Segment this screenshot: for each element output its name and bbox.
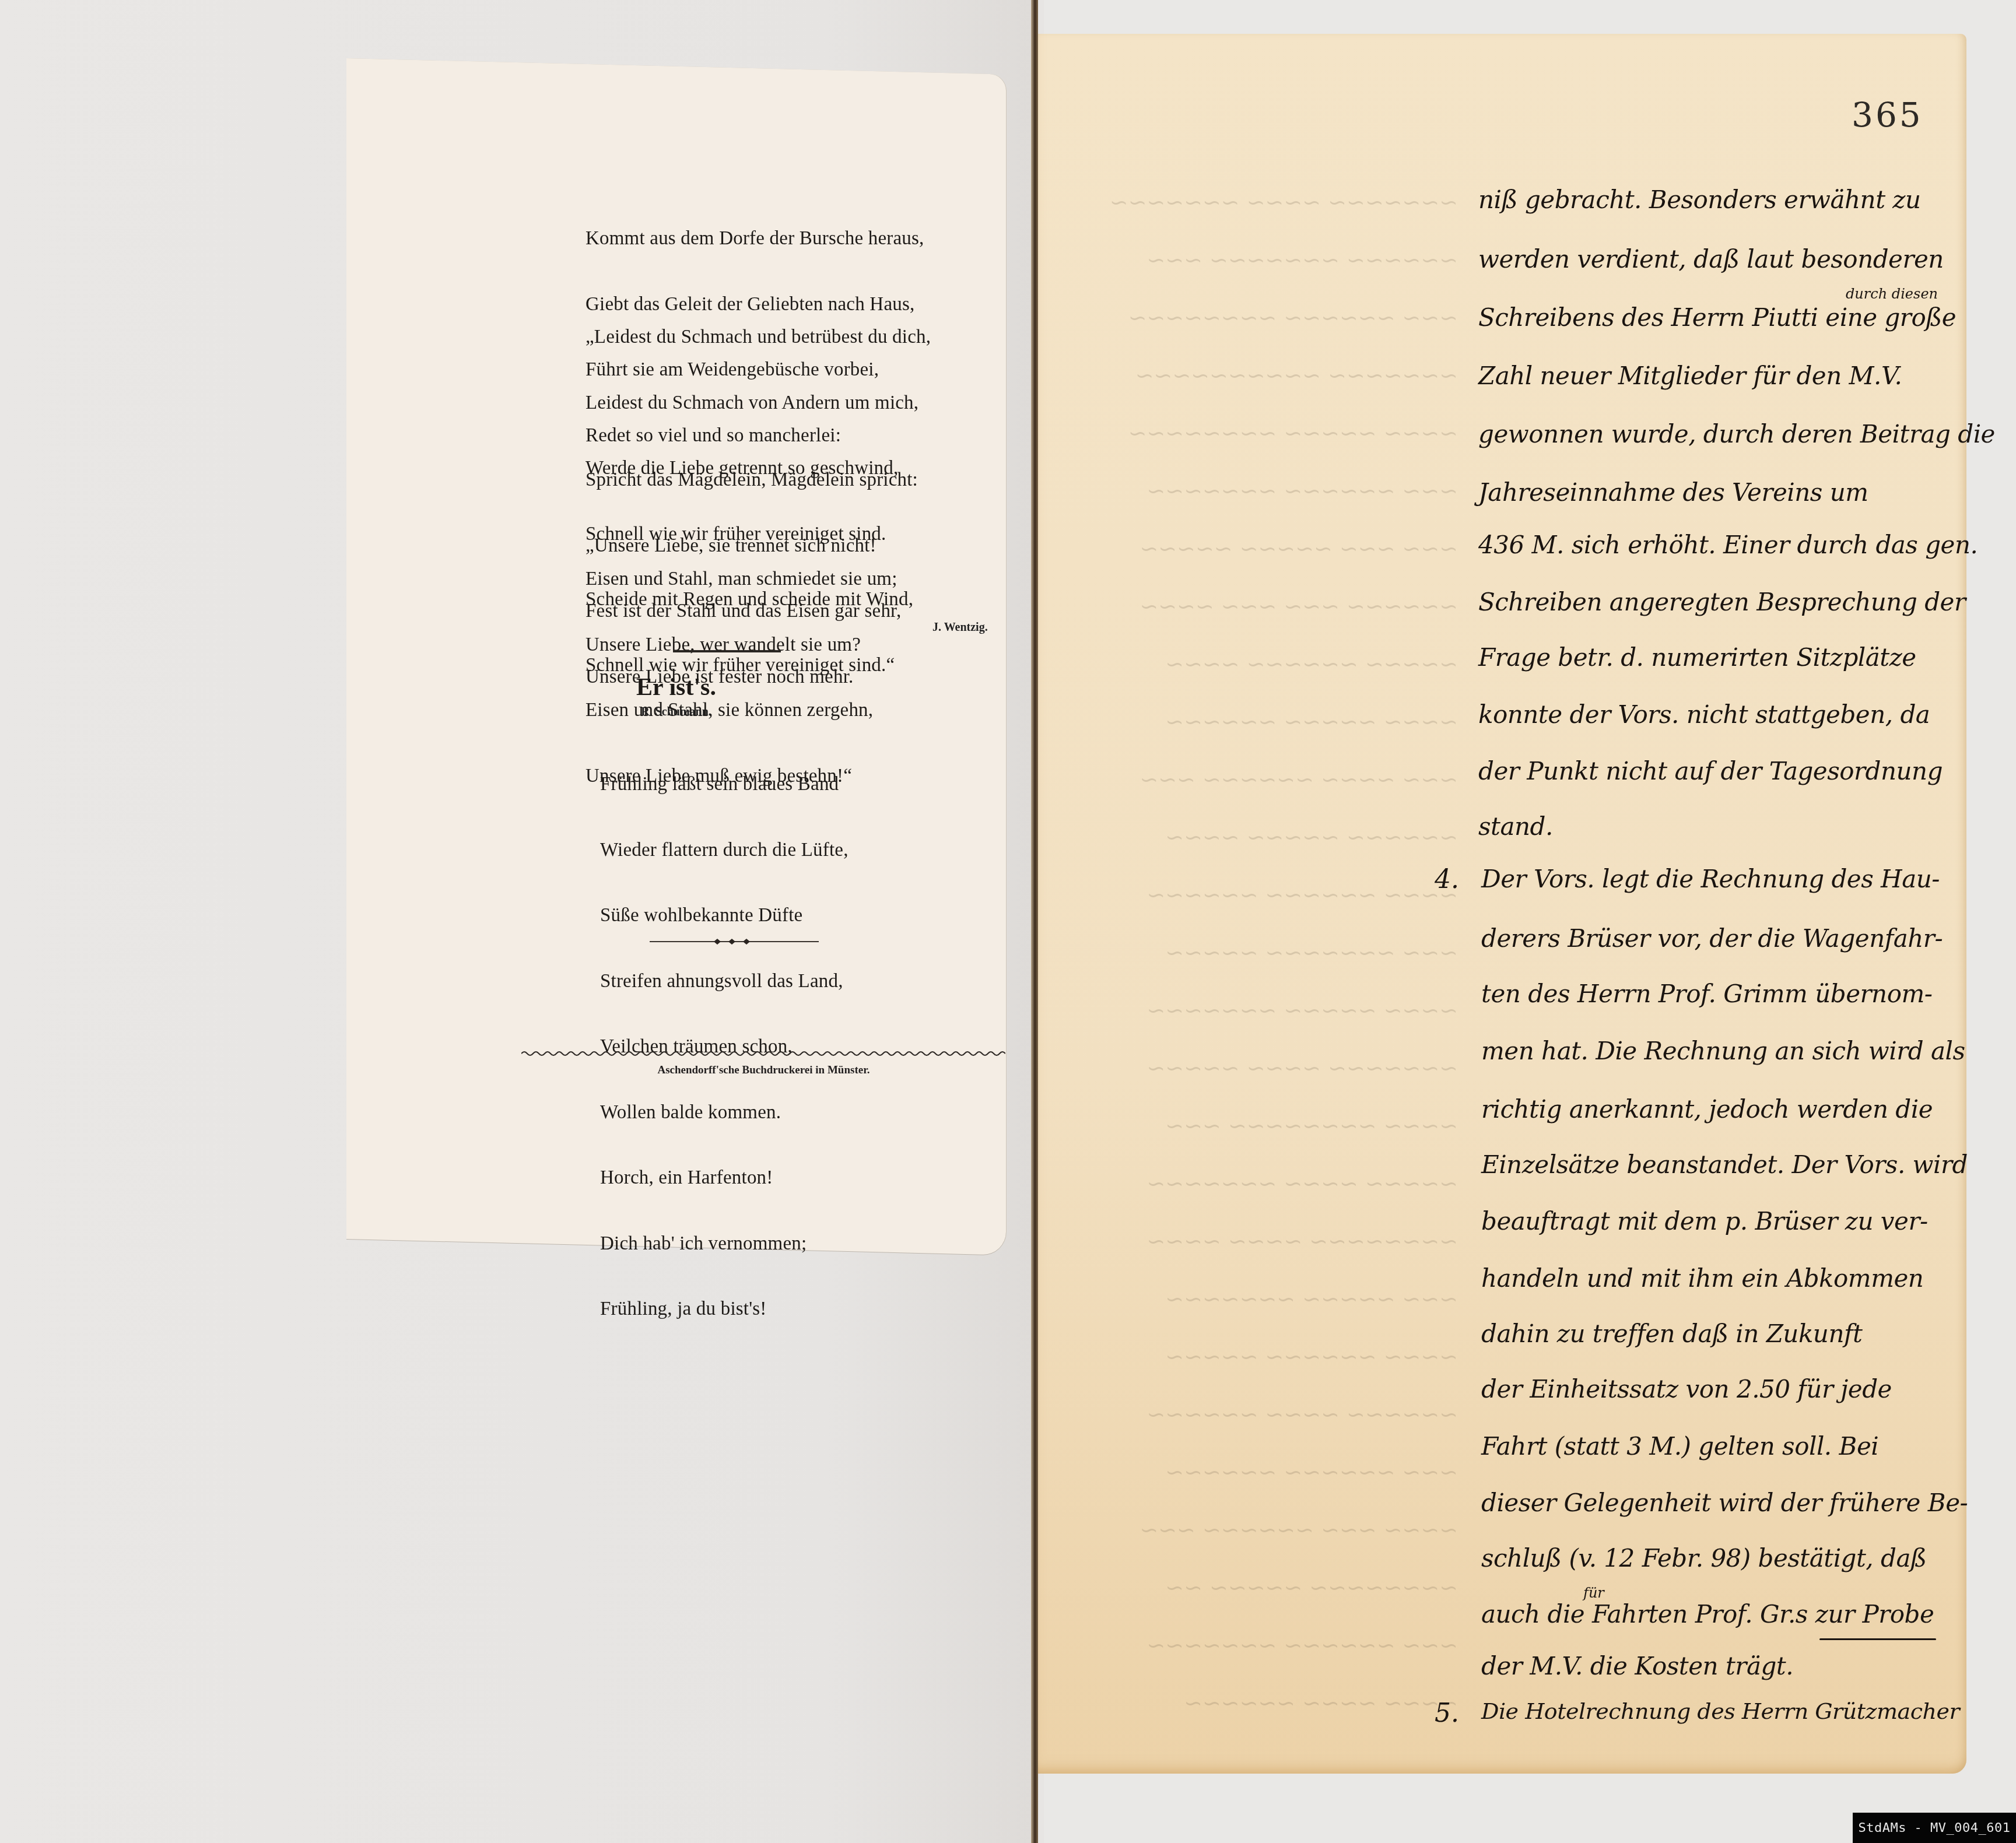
manuscript-line: der Punkt nicht auf der Tagesordnung [1478,757,1943,785]
manuscript-line: ten des Herrn Prof. Grimm übernom- [1481,980,1932,1008]
printer-imprint: Aschendorff'sche Buchdruckerei in Münste… [434,1064,1093,1077]
reverse-ink-bleed-through: ~~~~~~~ ~~~~ ~~~~~~~ ~~~~~~ ~~~~~~~ ~~~ … [1110,174,1458,1732]
manuscript-line: dieser Gelegenheit wird der frühere Be- [1481,1489,1968,1517]
ornament-divider [650,938,819,946]
printed-clipping: Kommt aus dem Dorfe der Bursche heraus, … [346,58,1006,1255]
manuscript-line: niß gebracht. Besonders erwähnt zu [1478,185,1921,214]
manuscript-line: gewonnen wurde, durch deren Beitrag die [1478,420,1995,448]
poem-line: Kommt aus dem Dorfe der Bursche heraus, [585,228,924,250]
manuscript-line: Schreibens des Herrn Piutti eine große [1478,303,1956,332]
poem-line: Leidest du Schmach von Andern um mich, [585,392,931,415]
poem-line: Frühling, ja du bist's! [600,1298,849,1321]
manuscript-line: dahin zu treffen daß in Zukunft [1481,1319,1862,1348]
manuscript-line: handeln und mit ihm ein Abkommen [1481,1264,1923,1293]
poem-line: Frühling läßt sein blaues Band [600,774,849,796]
manuscript-line: Jahreseinnahme des Vereins um [1478,478,1868,507]
manuscript-line: der Einheitssatz von 2.50 für jede [1481,1375,1892,1403]
manuscript-line: schluß (v. 12 Febr. 98) bestätigt, daß [1481,1544,1927,1572]
manuscript-line: 436 M. sich erhöht. Einer durch das gen. [1478,531,1978,559]
manuscript-line: konnte der Vors. nicht stattgeben, da [1478,700,1930,729]
manuscript-line: stand. [1478,812,1553,841]
interlinear-insertion: durch diesen [1846,286,1938,302]
interlinear-insertion: für [1583,1585,1604,1601]
section-divider [673,650,781,652]
poem-line: Unsere Liebe, wer wandelt sie um? [585,634,897,657]
poem2-title: Er ist's. [346,673,1006,701]
archive-label: StdAMs - MV_004_601 [1853,1813,2016,1843]
poem-line: Eisen und Stahl, man schmiedet sie um; [585,568,897,591]
poem-line: „Leidest du Schmach und betrübest du dic… [585,327,931,349]
manuscript-page: 365 ~~~~~~~ ~~~~ ~~~~~~~ ~~~~~~ ~~~~~~~ … [1038,34,1966,1774]
wavy-rule [521,1049,1005,1058]
manuscript-line: auch die Fahrten Prof. Gr.s zur Probe [1481,1600,1934,1628]
manuscript-line: beauftragt mit dem p. Brüser zu ver- [1481,1207,1928,1235]
manuscript-line: Zahl neuer Mitglieder für den M.V. [1478,361,1902,390]
item-number: 5. [1435,1698,1459,1728]
poem-line: Streifen ahnungsvoll das Land, [600,971,849,993]
manuscript-line: Der Vors. legt die Rechnung des Hau- [1481,865,1940,893]
item-number: 4. [1435,865,1459,894]
manuscript-line: werden verdient, daß laut besonderen [1478,245,1944,273]
book-gutter [1031,0,1038,1843]
manuscript-line: Die Hotelrechnung des Herrn Grützmacher [1481,1698,1959,1724]
manuscript-line: Schreiben angeregten Besprechung der [1478,588,1965,616]
poem1-author: J. Wentzig. [932,621,988,634]
underline-mark [1819,1638,1936,1640]
manuscript-line: derers Brüser vor, der die Wagenfahr- [1481,924,1943,953]
manuscript-line: men hat. Die Rechnung an sich wird als [1481,1037,1965,1065]
manuscript-line: Fahrt (statt 3 M.) gelten soll. Bei [1481,1432,1878,1461]
manuscript-line: der M.V. die Kosten trägt. [1481,1652,1793,1680]
poem-line: Horch, ein Harfenton! [600,1167,849,1189]
poem-line: Dich hab' ich vernommen; [600,1233,849,1255]
manuscript-line: richtig anerkannt, jedoch werden die [1481,1095,1933,1124]
poem2-lines: Frühling läßt sein blaues Band Wieder fl… [600,730,849,1364]
poem-line: Wieder flattern durch die Lüfte, [600,840,849,862]
poem-line: Spricht das Mägdelein, Mägdelein spricht… [585,469,918,492]
page-number: 365 [1852,95,1923,135]
poem-line: Wollen balde kommen. [600,1102,849,1124]
poem-line: Süße wohlbekannte Düfte [600,905,849,927]
manuscript-line: Einzelsätze beanstandet. Der Vors. wird [1481,1150,1968,1179]
poem2-composer: R. Schumann. [346,705,1006,719]
manuscript-line: Frage betr. d. numerirten Sitzplätze [1478,643,1916,672]
